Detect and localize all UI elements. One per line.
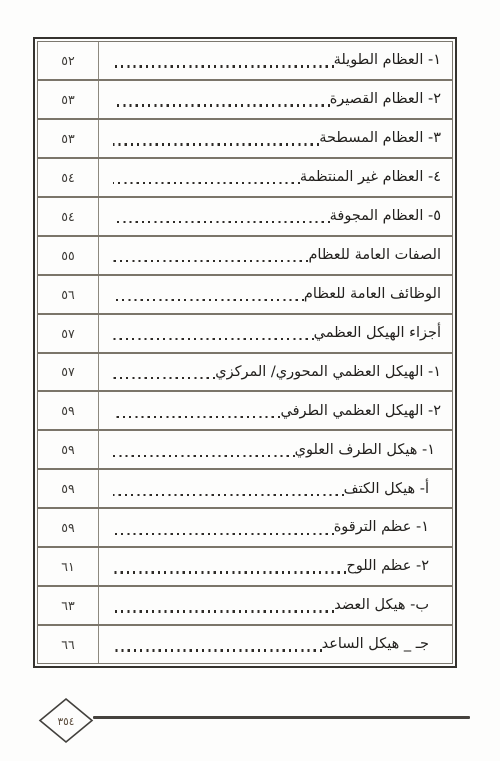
dot-leader [113,104,330,106]
toc-entry: ١- هيكل الطرف العلوي [99,431,452,468]
toc-row: ٥٧ أجزاء الهيكل العظمي [38,315,452,354]
toc-page-number: ٦٦ [38,626,99,663]
toc-entry-label: ٢- الهيكل العظمي الطرفي [280,404,441,419]
toc-table: ٥٢ ١- العظام الطويلة ٥٣ ٢- العظام القصير… [33,37,457,668]
toc-row: ٦٦ جـ _ هيكل الساعد [38,626,452,663]
toc-row: ٥٥ الصفات العامة للعظام [38,237,452,276]
toc-entry: ١- عظم الترقوة [99,509,452,546]
toc-entry: ٣- العظام المسطحة [99,120,452,157]
toc-entry-label: جـ _ هيكل الساعد [322,637,429,652]
toc-entry: أجزاء الهيكل العظمي [99,315,452,352]
toc-row: ٦١ ٢- عظم اللوح [38,548,452,587]
toc-row: ٥٩ ٢- الهيكل العظمي الطرفي [38,392,452,431]
toc-entry-label: ١- هيكل الطرف العلوي [295,443,435,458]
toc-entry-label: أ- هيكل الكتف [344,482,429,497]
toc-entry: ٢- عظم اللوح [99,548,452,585]
toc-table-body: ٥٢ ١- العظام الطويلة ٥٣ ٢- العظام القصير… [37,41,453,664]
toc-page-number: ٥٩ [38,392,99,429]
dot-leader [113,182,300,184]
toc-row: ٥٩ ١- هيكل الطرف العلوي [38,431,452,470]
dot-leader [113,416,280,418]
dot-leader [113,571,346,573]
toc-entry-label: الوظائف العامة للعظام [304,287,441,302]
toc-entry: ٢- العظام القصيرة [99,81,452,118]
toc-entry-label: ب- هيكل العضد [334,598,429,613]
toc-entry-label: ٣- العظام المسطحة [319,131,441,146]
dot-leader [113,455,295,457]
toc-entry-label: ٤- العظام غير المنتظمة [300,170,441,185]
toc-entry: الصفات العامة للعظام [99,237,452,274]
dot-leader [113,143,319,145]
toc-entry-label: ٢- العظام القصيرة [330,92,441,107]
toc-page-number: ٥٧ [38,315,99,352]
toc-page-number: ٥٥ [38,237,99,274]
dot-leader [113,377,215,379]
toc-page-number: ٥٤ [38,159,99,196]
dot-leader [113,221,330,223]
toc-page-number: ٥٦ [38,276,99,313]
toc-row: ٥٣ ٣- العظام المسطحة [38,120,452,159]
toc-entry: ٤- العظام غير المنتظمة [99,159,452,196]
toc-entry: ب- هيكل العضد [99,587,452,624]
toc-page-number: ٥٣ [38,81,99,118]
toc-row: ٥٢ ١- العظام الطويلة [38,42,452,81]
toc-entry-label: ١- العظام الطويلة [334,53,441,68]
toc-page-number: ٥٩ [38,470,99,507]
toc-page-number: ٦٣ [38,587,99,624]
toc-entry-label: ١- عظم الترقوة [334,520,429,535]
toc-page-number: ٥٣ [38,120,99,157]
dot-leader [113,533,334,535]
toc-row: ٥٤ ٤- العظام غير المنتظمة [38,159,452,198]
toc-page-number: ٥٧ [38,354,99,391]
toc-entry-label: ١- الهيكل العظمي المحوري/ المركزي [215,365,441,380]
toc-entry: ١- العظام الطويلة [99,42,452,79]
page-number-diamond: ٣٥٤ [37,697,95,744]
toc-entry-label: ٢- عظم اللوح [346,559,429,574]
toc-row: ٥٩ ١- عظم الترقوة [38,509,452,548]
toc-row: ٥٧ ١- الهيكل العظمي المحوري/ المركزي [38,354,452,393]
footer-rule [93,716,470,719]
toc-entry: جـ _ هيكل الساعد [99,626,452,663]
dot-leader [113,299,304,301]
toc-entry: ٥- العظام المجوفة [99,198,452,235]
toc-entry-label: الصفات العامة للعظام [308,248,441,263]
toc-row: ٥٦ الوظائف العامة للعظام [38,276,452,315]
toc-row: ٦٣ ب- هيكل العضد [38,587,452,626]
toc-entry: أ- هيكل الكتف [99,470,452,507]
toc-row: ٥٣ ٢- العظام القصيرة [38,81,452,120]
dot-leader [113,65,334,67]
dot-leader [113,260,308,262]
dot-leader [113,338,314,340]
dot-leader [113,494,344,496]
toc-entry-label: ٥- العظام المجوفة [330,209,441,224]
toc-entry: ٢- الهيكل العظمي الطرفي [99,392,452,429]
dot-leader [113,610,334,612]
toc-page-number: ٦١ [38,548,99,585]
toc-entry: الوظائف العامة للعظام [99,276,452,313]
toc-row: ٥٤ ٥- العظام المجوفة [38,198,452,237]
toc-page-number: ٥٢ [38,42,99,79]
toc-page-number: ٥٩ [38,509,99,546]
toc-page-number: ٥٩ [38,431,99,468]
document-page: ٥٢ ١- العظام الطويلة ٥٣ ٢- العظام القصير… [0,0,500,761]
toc-entry: ١- الهيكل العظمي المحوري/ المركزي [99,354,452,391]
toc-entry-label: أجزاء الهيكل العظمي [314,326,441,341]
footer-page-number: ٣٥٤ [58,716,75,728]
toc-row: ٥٩ أ- هيكل الكتف [38,470,452,509]
toc-page-number: ٥٤ [38,198,99,235]
dot-leader [113,649,322,651]
